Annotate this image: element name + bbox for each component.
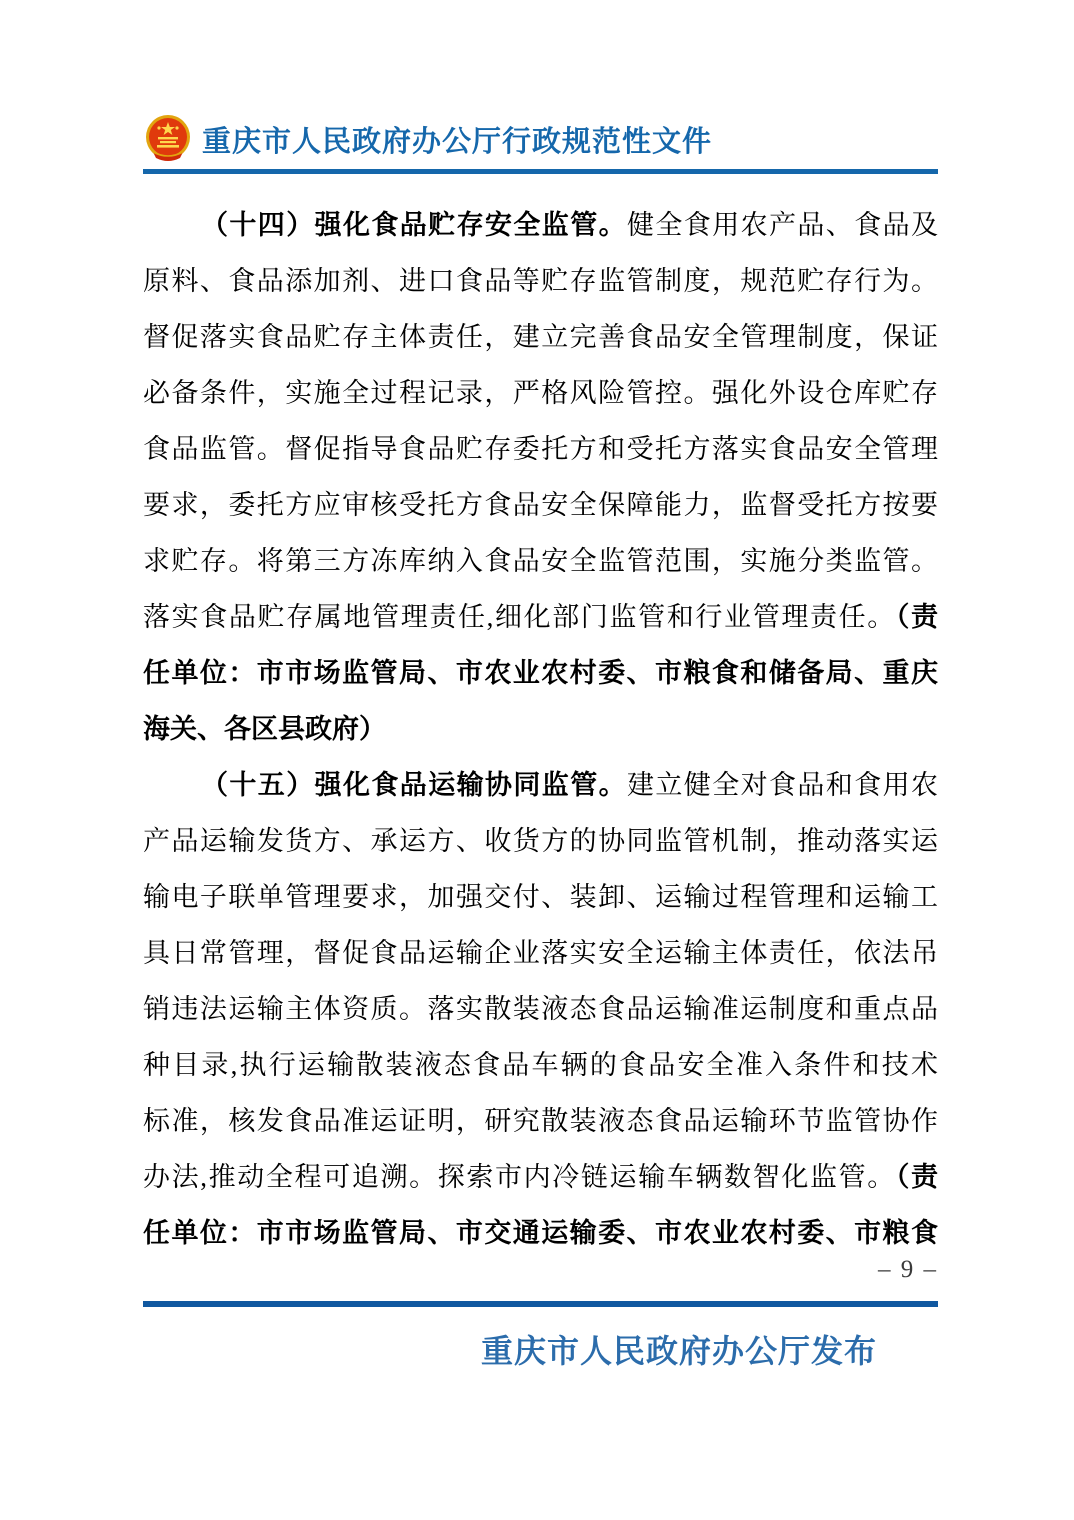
footer-rule [143, 1301, 938, 1307]
document-text: 督促落实食品贮存主体责任，建立完善食品安全管理制度，保证 [143, 322, 938, 352]
document-text-bold: （责 [896, 1162, 938, 1192]
document-text-bold: 任单位：市市场监管局、市农业农村委、市粮食和储备局、重庆 [143, 658, 938, 688]
document-line: 食品监管。督促指导食品贮存委托方和受托方落实食品安全管理 [143, 421, 938, 477]
document-text: 销违法运输主体资质。落实散装液态食品运输准运制度和重点品 [143, 994, 938, 1024]
document-page: 重庆市人民政府办公厅行政规范性文件 （十四）强化食品贮存安全监管。健全食用农产品… [0, 0, 1074, 1520]
document-text: 产品运输发货方、承运方、收货方的协同监管机制，推动落实运 [143, 826, 938, 856]
document-text: 求贮存。将第三方冻库纳入食品安全监管范围，实施分类监管。 [143, 546, 938, 576]
china-national-emblem-icon [143, 114, 193, 164]
document-line: 种目录,执行运输散装液态食品车辆的食品安全准入条件和技术 [143, 1037, 938, 1093]
document-text: 原料、食品添加剂、进口食品等贮存监管制度，规范贮存行为。 [143, 266, 938, 296]
document-text-bold: （十四）强化食品贮存安全监管。 [201, 210, 627, 240]
document-line: 要求，委托方应审核受托方食品安全保障能力，监督受托方按要 [143, 477, 938, 533]
document-text-bold: 任单位：市市场监管局、市交通运输委、市农业农村委、市粮食 [143, 1218, 938, 1248]
document-line: 具日常管理，督促食品运输企业落实安全运输主体责任，依法吊 [143, 925, 938, 981]
document-line: 原料、食品添加剂、进口食品等贮存监管制度，规范贮存行为。 [143, 253, 938, 309]
document-text-bold: （十五）强化食品运输协同监管。 [201, 770, 627, 800]
document-text: 建立健全对食品和食用农 [627, 770, 938, 800]
document-line: 海关、各区县政府） [143, 701, 938, 757]
document-text: 落实食品贮存属地管理责任,细化部门监管和行业管理责任。 [143, 602, 896, 632]
document-text: 必备条件，实施全过程记录，严格风险管控。强化外设仓库贮存 [143, 378, 938, 408]
document-line: 标准，核发食品准运证明，研究散装液态食品运输环节监管协作 [143, 1093, 938, 1149]
document-text: 食品监管。督促指导食品贮存委托方和受托方落实食品安全管理 [143, 434, 938, 464]
header-rule [143, 169, 938, 174]
document-line: 销违法运输主体资质。落实散装液态食品运输准运制度和重点品 [143, 981, 938, 1037]
document-line: 办法,推动全程可追溯。探索市内冷链运输车辆数智化监管。（责 [143, 1149, 938, 1205]
document-header: 重庆市人民政府办公厅行政规范性文件 [143, 114, 938, 164]
page-number: – 9 – [878, 1256, 938, 1284]
document-header-title: 重庆市人民政府办公厅行政规范性文件 [202, 119, 712, 160]
document-text: 要求，委托方应审核受托方食品安全保障能力，监督受托方按要 [143, 490, 938, 520]
document-text: 健全食用农产品、食品及 [627, 210, 938, 240]
document-text: 种目录,执行运输散装液态食品车辆的食品安全准入条件和技术 [143, 1050, 938, 1080]
document-line: 产品运输发货方、承运方、收货方的协同监管机制，推动落实运 [143, 813, 938, 869]
document-line: （十五）强化食品运输协同监管。建立健全对食品和食用农 [143, 757, 938, 813]
document-line: 任单位：市市场监管局、市农业农村委、市粮食和储备局、重庆 [143, 645, 938, 701]
document-line: 督促落实食品贮存主体责任，建立完善食品安全管理制度，保证 [143, 309, 938, 365]
document-text: 具日常管理，督促食品运输企业落实安全运输主体责任，依法吊 [143, 938, 938, 968]
document-line: 落实食品贮存属地管理责任,细化部门监管和行业管理责任。（责 [143, 589, 938, 645]
document-line: 必备条件，实施全过程记录，严格风险管控。强化外设仓库贮存 [143, 365, 938, 421]
document-text-bold: 海关、各区县政府） [143, 714, 386, 744]
document-text: 标准，核发食品准运证明，研究散装液态食品运输环节监管协作 [143, 1106, 938, 1136]
document-text-bold: （责 [896, 602, 938, 632]
document-body: （十四）强化食品贮存安全监管。健全食用农产品、食品及原料、食品添加剂、进口食品等… [143, 197, 938, 1261]
document-line: 任单位：市市场监管局、市交通运输委、市农业农村委、市粮食 [143, 1205, 938, 1261]
document-text: 输电子联单管理要求，加强交付、装卸、运输过程管理和运输工 [143, 882, 938, 912]
document-text: 办法,推动全程可追溯。探索市内冷链运输车辆数智化监管。 [143, 1162, 896, 1192]
footer-publisher: 重庆市人民政府办公厅发布 [481, 1326, 877, 1372]
document-line: （十四）强化食品贮存安全监管。健全食用农产品、食品及 [143, 197, 938, 253]
document-line: 求贮存。将第三方冻库纳入食品安全监管范围，实施分类监管。 [143, 533, 938, 589]
document-line: 输电子联单管理要求，加强交付、装卸、运输过程管理和运输工 [143, 869, 938, 925]
